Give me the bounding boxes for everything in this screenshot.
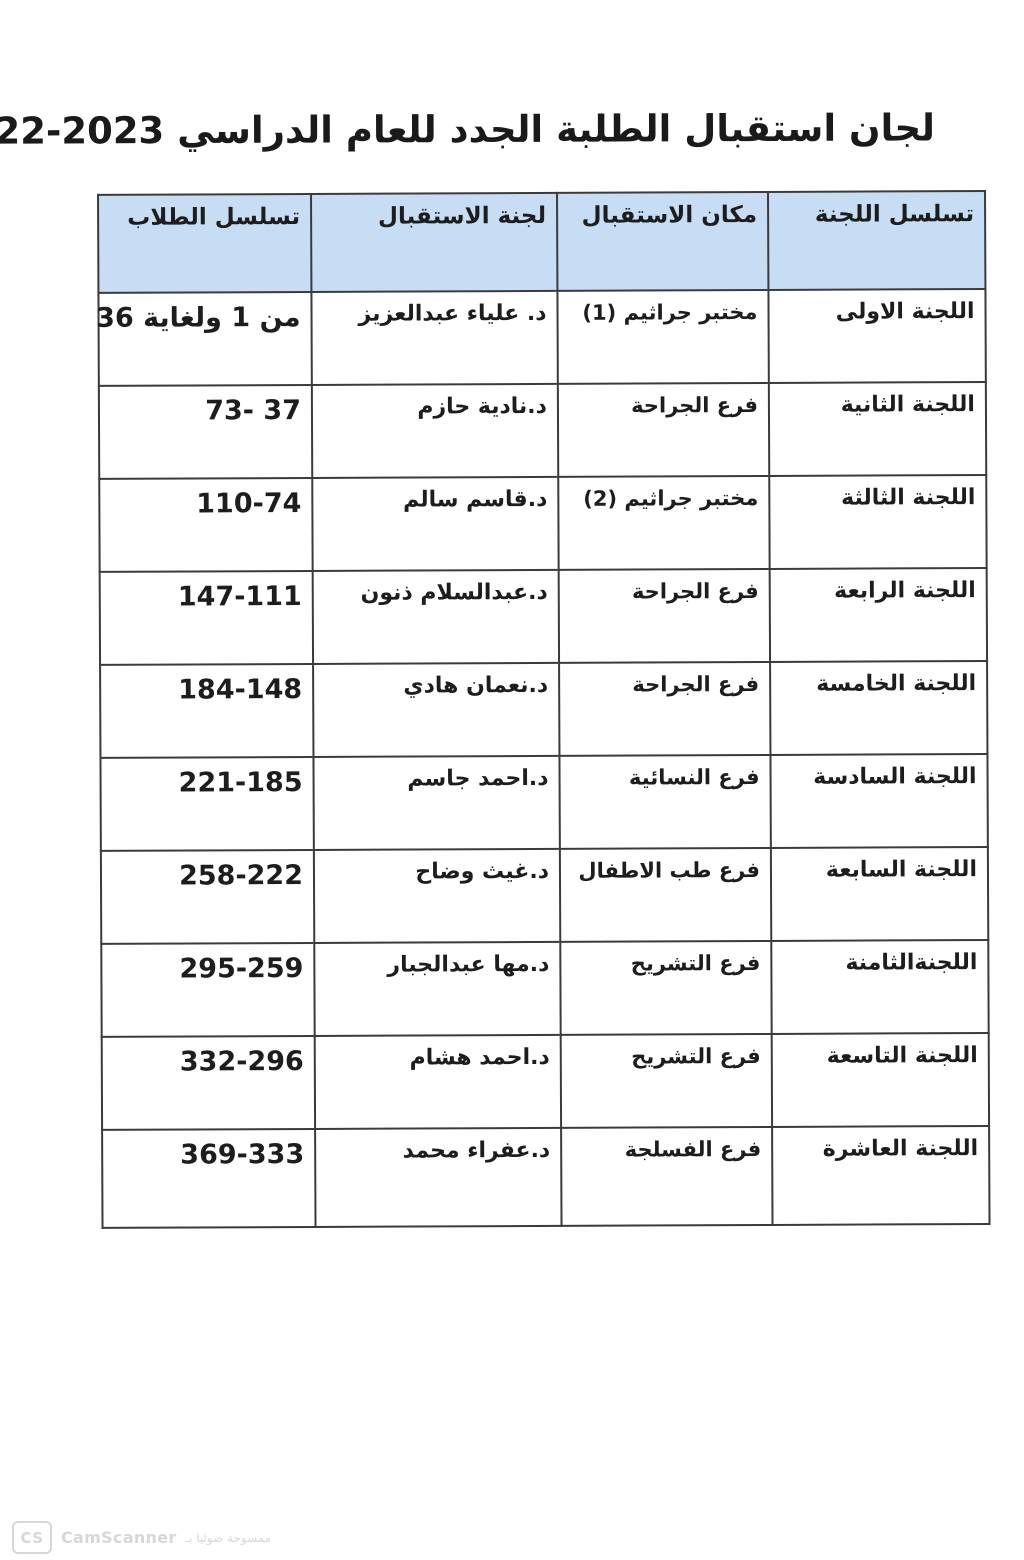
reception-place-cell: فرع الجراحة <box>559 662 770 756</box>
table-header: تسلسل اللجنة مكان الاستقبال لجنة الاستقب… <box>98 191 985 293</box>
header-reception-committee: لجنة الاستقبال <box>311 193 557 292</box>
scanned-document-page: لجان استقبال الطلبة الجدد للعام الدراسي … <box>0 0 1024 1560</box>
header-committee-serial: تسلسل اللجنة <box>768 191 985 290</box>
reception-place-cell: فرع الجراحة <box>559 569 770 663</box>
table-row: اللجنة العاشرة فرع الفسلجة د.عفراء محمد … <box>102 1126 989 1228</box>
table-row: اللجنةالثامنة فرع التشريح د.مها عبدالجبا… <box>101 940 988 1037</box>
committee-name-cell: اللجنة السادسة <box>770 754 987 848</box>
header-row: تسلسل اللجنة مكان الاستقبال لجنة الاستقب… <box>98 191 985 293</box>
student-range-cell: 332-296 <box>102 1036 315 1130</box>
reception-committee-cell: د.احمد هشام <box>315 1035 561 1129</box>
student-range-cell: 37 -73 <box>99 385 312 479</box>
table-row: اللجنة الاولى مختبر جراثيم (1) د. علياء … <box>98 289 985 386</box>
committee-name-cell: اللجنة الخامسة <box>770 661 987 755</box>
table-row: اللجنة الثانية فرع الجراحة د.نادية حازم … <box>99 382 986 479</box>
committee-name-cell: اللجنة التاسعة <box>772 1033 989 1127</box>
student-range-cell: 258-222 <box>101 850 314 944</box>
camscanner-watermark: CS CamScanner ممسوحة ضوئيا بـ <box>12 1521 271 1554</box>
committee-name-cell: اللجنة الثالثة <box>769 475 986 569</box>
student-range-cell: 369-333 <box>102 1129 315 1228</box>
committee-name-cell: اللجنة الثانية <box>769 382 986 476</box>
reception-place-cell: فرع الجراحة <box>558 383 769 477</box>
reception-place-cell: فرع الفسلجة <box>561 1127 772 1226</box>
reception-place-cell: فرع طب الاطفال <box>560 848 771 942</box>
student-range-cell: 295-259 <box>101 943 314 1037</box>
reception-committee-cell: د.غيث وضاح <box>314 849 560 943</box>
reception-place-cell: فرع التشريح <box>560 941 771 1035</box>
reception-place-cell: فرع النسائية <box>559 755 770 849</box>
committee-name-cell: اللجنة الرابعة <box>770 568 987 662</box>
student-range-cell: 184-148 <box>100 664 313 758</box>
reception-committee-cell: د.عفراء محمد <box>315 1128 561 1227</box>
table-row: اللجنة الثالثة مختبر جراثيم (2) د.قاسم س… <box>99 475 986 572</box>
reception-committee-cell: د.عبدالسلام ذنون <box>313 570 559 664</box>
header-reception-place: مكان الاستقبال <box>557 192 768 291</box>
committee-name-cell: اللجنة الاولى <box>768 289 985 383</box>
reception-committee-cell: د.نادية حازم <box>312 384 558 478</box>
camscanner-note: ممسوحة ضوئيا بـ <box>186 1531 272 1545</box>
reception-place-cell: فرع التشريح <box>561 1034 772 1128</box>
document-title: لجان استقبال الطلبة الجدد للعام الدراسي … <box>20 106 935 152</box>
student-range-cell: 221-185 <box>100 757 313 851</box>
camscanner-logo-icon: CS <box>12 1521 52 1554</box>
reception-committee-cell: د. علياء عبدالعزيز <box>311 291 557 385</box>
committee-name-cell: اللجنةالثامنة <box>771 940 988 1034</box>
reception-committee-cell: د.قاسم سالم <box>312 477 558 571</box>
reception-place-cell: مختبر جراثيم (1) <box>557 290 768 384</box>
student-range-cell: 110-74 <box>99 478 312 572</box>
camscanner-brand: CamScanner <box>61 1528 177 1547</box>
table-row: اللجنة التاسعة فرع التشريح د.احمد هشام 3… <box>102 1033 989 1130</box>
student-range-cell: 147-111 <box>100 571 313 665</box>
reception-place-cell: مختبر جراثيم (2) <box>558 476 769 570</box>
reception-committee-cell: د.نعمان هادي <box>313 663 559 757</box>
table-row: اللجنة السابعة فرع طب الاطفال د.غيث وضاح… <box>101 847 988 944</box>
table-row: اللجنة الرابعة فرع الجراحة د.عبدالسلام ذ… <box>100 568 987 665</box>
header-student-serial: تسلسل الطلاب <box>98 194 311 293</box>
committees-table: تسلسل اللجنة مكان الاستقبال لجنة الاستقب… <box>97 190 991 1229</box>
table-row: اللجنة الخامسة فرع الجراحة د.نعمان هادي … <box>100 661 987 758</box>
reception-committee-cell: د.مها عبدالجبار <box>314 942 560 1036</box>
committee-name-cell: اللجنة السابعة <box>771 847 988 941</box>
table-row: اللجنة السادسة فرع النسائية د.احمد جاسم … <box>100 754 987 851</box>
student-range-cell: من 1 ولغاية 36 <box>98 292 311 386</box>
committee-name-cell: اللجنة العاشرة <box>772 1126 989 1225</box>
table-body: اللجنة الاولى مختبر جراثيم (1) د. علياء … <box>98 289 989 1228</box>
reception-committee-cell: د.احمد جاسم <box>313 756 559 850</box>
